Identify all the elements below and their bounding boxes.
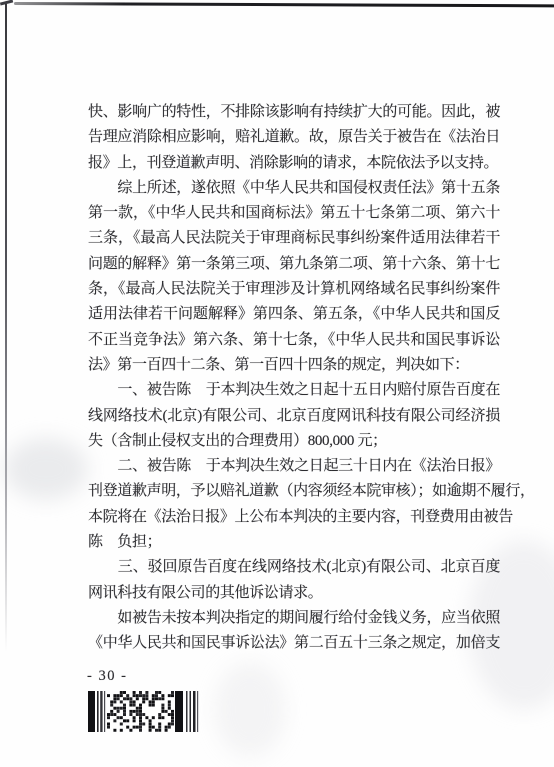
paragraph: 一、被告陈 于本判决生效之日起十五日内赔付原告百度在线网络技术(北京)有限公司、…: [88, 378, 500, 454]
scan-edge-left: [5, 4, 7, 652]
scan-smudge: [4, 438, 88, 500]
page-number: - 30 -: [87, 668, 127, 685]
text-line: 三条，《最高人民法院关于审理商标民事纠纷案件适用法律若干: [88, 226, 500, 251]
paragraph: 快、影响广的特性，不排除该影响有持续扩大的可能。因此，被告理应消除相应影响，赔礼…: [88, 100, 500, 176]
scan-smudge: [214, 662, 286, 757]
paragraph: 综上所述，遂依照《中华人民共和国侵权责任法》第十五条第一款，《中华人民共和国商标…: [88, 176, 500, 378]
text-line: 报》上，刊登道歉声明、消除影响的请求，本院依法予以支持。: [88, 151, 500, 176]
paragraph: 三、驳回原告百度在线网络技术(北京)有限公司、北京百度网讯科技有限公司的其他诉讼…: [88, 555, 500, 606]
text-line: 告理应消除相应影响，赔礼道歉。故，原告关于被告在《法治日: [88, 125, 500, 150]
text-line: 法》第一百四十二条、第一百四十四条的规定，判决如下：: [88, 353, 500, 378]
text-line: 一、被告陈 于本判决生效之日起十五日内赔付原告百度在: [88, 378, 500, 403]
text-line: 问题的解释》第一条第三项、第九条第二项、第十六条、第十七: [88, 252, 500, 277]
scan-edge-top: [14, 2, 554, 7]
text-line: 三、驳回原告百度在线网络技术(北京)有限公司、北京百度: [88, 555, 500, 580]
paragraph: 如被告未按本判决指定的期间履行给付金钱义务，应当依照《中华人民共和国民事诉讼法》…: [88, 606, 500, 657]
text-line: 第一款，《中华人民共和国商标法》第五十七条第二项、第六十: [88, 201, 500, 226]
document-barcode: [88, 691, 200, 732]
text-line: 失（含制止侵权支出的合理费用）800,000 元；: [88, 429, 500, 454]
text-line: 综上所述，遂依照《中华人民共和国侵权责任法》第十五条: [88, 176, 500, 201]
text-line: 适用法律若干问题解释》第四条、第五条，《中华人民共和国反: [88, 302, 500, 327]
text-line: 线网络技术(北京)有限公司、北京百度网讯科技有限公司经济损: [88, 404, 500, 429]
text-line: 条，《最高人民法院关于审理涉及计算机网络域名民事纠纷案件: [88, 277, 500, 302]
text-line: 不正当竞争法》第六条、第十七条，《中华人民共和国民事诉讼: [88, 328, 500, 353]
text-line: 网讯科技有限公司的其他诉讼请求。: [88, 581, 500, 606]
text-line: 本院将在《法治日报》上公布本判决的主要内容，刊登费用由被告: [88, 505, 500, 530]
paragraph: 二、被告陈 于本判决生效之日起三十日内在《法治日报》刊登道歉声明，予以赔礼道歉（…: [88, 454, 500, 555]
text-line: 二、被告陈 于本判决生效之日起三十日内在《法治日报》: [88, 454, 500, 479]
text-line: 陈 负担；: [88, 530, 500, 555]
text-line: 快、影响广的特性，不排除该影响有持续扩大的可能。因此，被: [88, 100, 500, 125]
scanned-document-page: 快、影响广的特性，不排除该影响有持续扩大的可能。因此，被告理应消除相应影响，赔礼…: [0, 0, 554, 767]
text-line: 刊登道歉声明，予以赔礼道歉（内容须经本院审核）；如逾期不履行，: [88, 479, 500, 504]
judgment-body-text: 快、影响广的特性，不排除该影响有持续扩大的可能。因此，被告理应消除相应影响，赔礼…: [88, 100, 500, 657]
text-line: 《中华人民共和国民事诉讼法》第二百五十三条之规定，加倍支: [88, 631, 500, 656]
text-line: 如被告未按本判决指定的期间履行给付金钱义务，应当依照: [88, 606, 500, 631]
